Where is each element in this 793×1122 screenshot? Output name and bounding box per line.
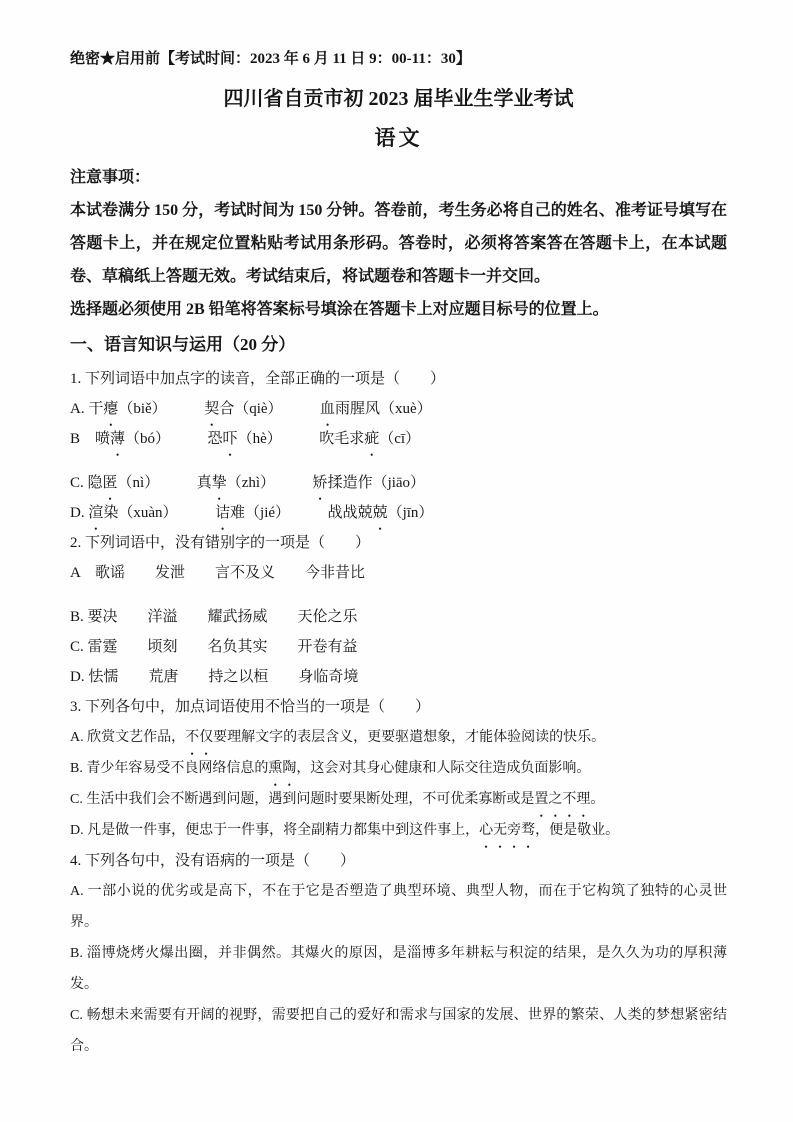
notice-heading: 注意事项：: [70, 162, 727, 194]
question-1-option-a: A. 干瘪（biě） 契合（qiè） 血雨腥风（xuè）: [70, 394, 727, 424]
question-1-option-d: D. 渲染（xuàn） 诘难（jié） 战战兢兢（jīn）: [70, 498, 727, 528]
emphasized-char: 矫: [313, 468, 328, 498]
emphasized-char: 挚: [212, 468, 227, 498]
question-2-option-a: A 歌谣 发泄 言不及义 今非昔比: [70, 558, 727, 588]
emphasized-char: 置: [534, 784, 548, 815]
exam-subject: 语文: [70, 122, 727, 154]
question-4-option-c: C. 畅想未来需要有开阔的视野，需要把自己的爱好和需求与国家的发展、世界的繁荣、…: [70, 1000, 727, 1062]
question-3-option-b: B. 青少年容易受不良网络信息的熏陶，这会对其身心健康和人际交往造成负面影响。: [70, 753, 727, 784]
emphasized-char: 之: [548, 784, 562, 815]
emphasized-char: 旁: [507, 815, 521, 846]
emphasized-char: 瘪: [103, 394, 118, 424]
notice-paragraph-2: 选择题必须使用 2B 铅笔将答案标号填涂在答题卡上对应题目标号的位置上。: [70, 293, 727, 326]
section-title: 一、语言知识与运用（20 分）: [70, 328, 727, 362]
question-2-option-d: D. 怯懦 荒唐 持之以桓 身临奇境: [70, 662, 727, 692]
question-3-stem: 3. 下列各句中，加点词语使用不恰当的一项是（ ）: [70, 692, 727, 722]
question-2: 2. 下列词语中，没有错别字的一项是（ ） A 歌谣 发泄 言不及义 今非昔比 …: [70, 528, 727, 692]
exam-title: 四川省自贡市初 2023 届毕业生学业考试: [70, 84, 727, 114]
emphasized-char: 诘: [215, 498, 230, 528]
question-4-stem: 4. 下列各句中，没有语病的一项是（ ）: [70, 846, 727, 876]
emphasized-char: 吓: [223, 424, 238, 454]
question-3: 3. 下列各句中，加点词语使用不恰当的一项是（ ） A. 欣赏文艺作品，不仅要理…: [70, 692, 727, 846]
question-3-option-d: D. 凡是做一件事，便忠于一件事，将全副精力都集中到这件事上，心无旁骛，便是敬业…: [70, 815, 727, 846]
emphasized-char: 薄: [110, 424, 125, 454]
emphasized-char: 不: [185, 722, 199, 753]
question-4-option-b: B. 淄博烧烤火爆出圈，并非偶然。其爆火的原因，是淄博多年耕耘与积淀的结果，是久…: [70, 938, 727, 1000]
question-1-option-b: B 喷薄（bó） 恐吓（hè） 吹毛求疵（cī）: [70, 424, 727, 454]
question-4-option-a: A. 一部小说的优劣或是高下，不在于它是否塑造了典型环境、典型人物，而在于它构筑…: [70, 876, 727, 938]
notice-paragraph-1: 本试卷满分 150 分，考试时间为 150 分钟。答卷前，考生务必将自己的姓名、…: [70, 194, 727, 293]
emphasized-char: 陶: [282, 753, 296, 784]
question-1-option-c: C. 隐匿（nì） 真挚（zhì） 矫揉造作（jiāo）: [70, 468, 727, 498]
question-3-option-c: C. 生活中我们会不断遇到问题，遇到问题时要果断处理，不可优柔寡断或是置之不理。: [70, 784, 727, 815]
emphasized-char: 血: [320, 394, 335, 424]
exam-confidential-header: 绝密★启用前【考试时间：2023 年 6 月 11 日 9：00-11：30】: [70, 48, 727, 70]
question-2-option-b: B. 要决 洋溢 耀武扬威 天伦之乐: [70, 602, 727, 632]
exam-document-page: 绝密★启用前【考试时间：2023 年 6 月 11 日 9：00-11：30】 …: [0, 0, 793, 1122]
emphasized-char: 心: [479, 815, 493, 846]
emphasized-char: 匿: [103, 468, 118, 498]
emphasized-char: 无: [493, 815, 507, 846]
question-2-stem: 2. 下列词语中，没有错别字的一项是（ ）: [70, 528, 727, 558]
emphasized-char: 骛: [521, 815, 535, 846]
emphasized-char: 兢: [373, 498, 388, 528]
question-2-option-c: C. 雷霆 顷刻 名负其实 开卷有益: [70, 632, 727, 662]
emphasized-char: 契: [204, 394, 219, 424]
question-3-option-a: A. 欣赏文艺作品，不仅要理解文字的表层含义，更要驱遣想象，才能体验阅读的快乐。: [70, 722, 727, 753]
emphasized-char: 不: [562, 784, 576, 815]
emphasized-char: 理: [576, 784, 590, 815]
emphasized-char: 疵: [364, 424, 379, 454]
emphasized-char: 渲: [88, 498, 103, 528]
emphasized-char: 熏: [268, 753, 282, 784]
question-4: 4. 下列各句中，没有语病的一项是（ ） A. 一部小说的优劣或是高下，不在于它…: [70, 846, 727, 1062]
question-1: 1. 下列词语中加点字的读音，全部正确的一项是（ ） A. 干瘪（biě） 契合…: [70, 364, 727, 528]
notice-section: 注意事项： 本试卷满分 150 分，考试时间为 150 分钟。答卷前，考生务必将…: [70, 162, 727, 326]
question-1-stem: 1. 下列词语中加点字的读音，全部正确的一项是（ ）: [70, 364, 727, 394]
emphasized-char: 仅: [199, 722, 213, 753]
